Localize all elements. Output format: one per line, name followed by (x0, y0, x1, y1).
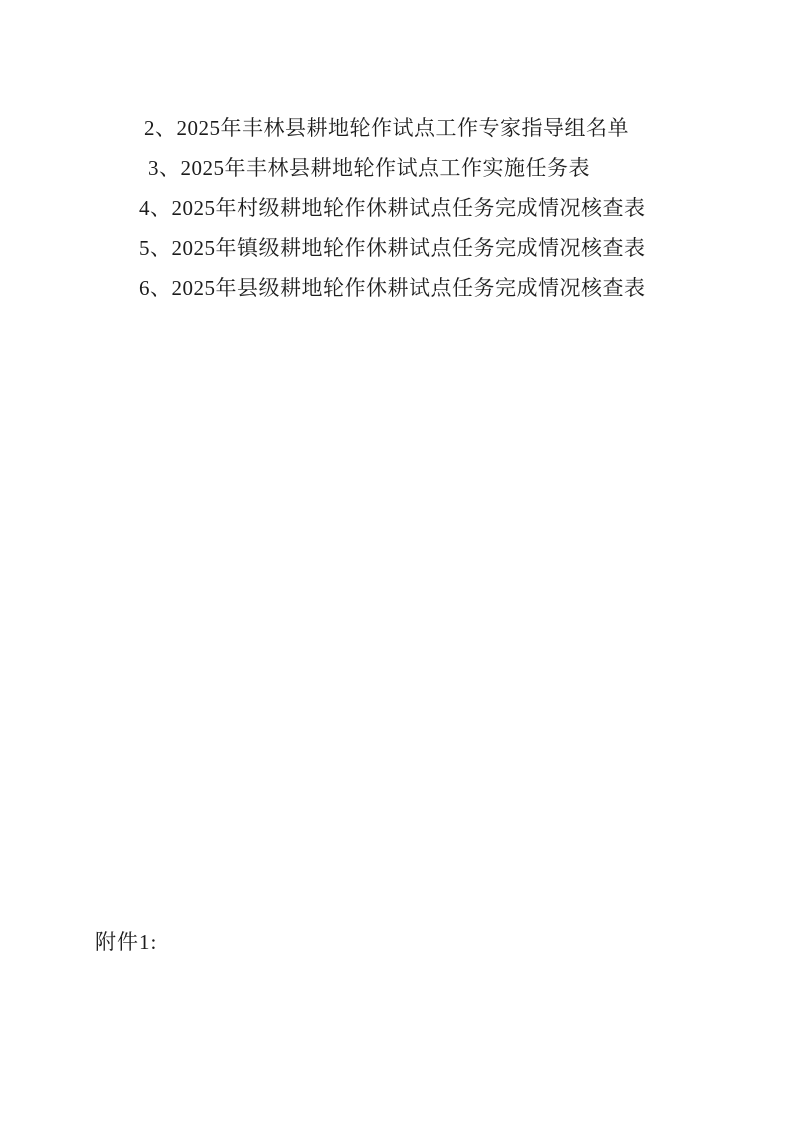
list-item: 4、2025年村级耕地轮作休耕试点任务完成情况核查表 (139, 188, 753, 228)
list-item: 5、2025年镇级耕地轮作休耕试点任务完成情况核查表 (139, 228, 753, 268)
attachment-1-heading: 附件1: (95, 922, 157, 962)
list-item: 6、2025年县级耕地轮作休耕试点任务完成情况核查表 (139, 268, 753, 308)
attachment-list: 2、2025年丰林县耕地轮作试点工作专家指导组名单 3、2025年丰林县耕地轮作… (139, 108, 753, 308)
document-page: 2、2025年丰林县耕地轮作试点工作专家指导组名单 3、2025年丰林县耕地轮作… (0, 0, 793, 1122)
list-item: 3、2025年丰林县耕地轮作试点工作实施任务表 (139, 148, 753, 188)
list-item: 2、2025年丰林县耕地轮作试点工作专家指导组名单 (139, 108, 753, 148)
